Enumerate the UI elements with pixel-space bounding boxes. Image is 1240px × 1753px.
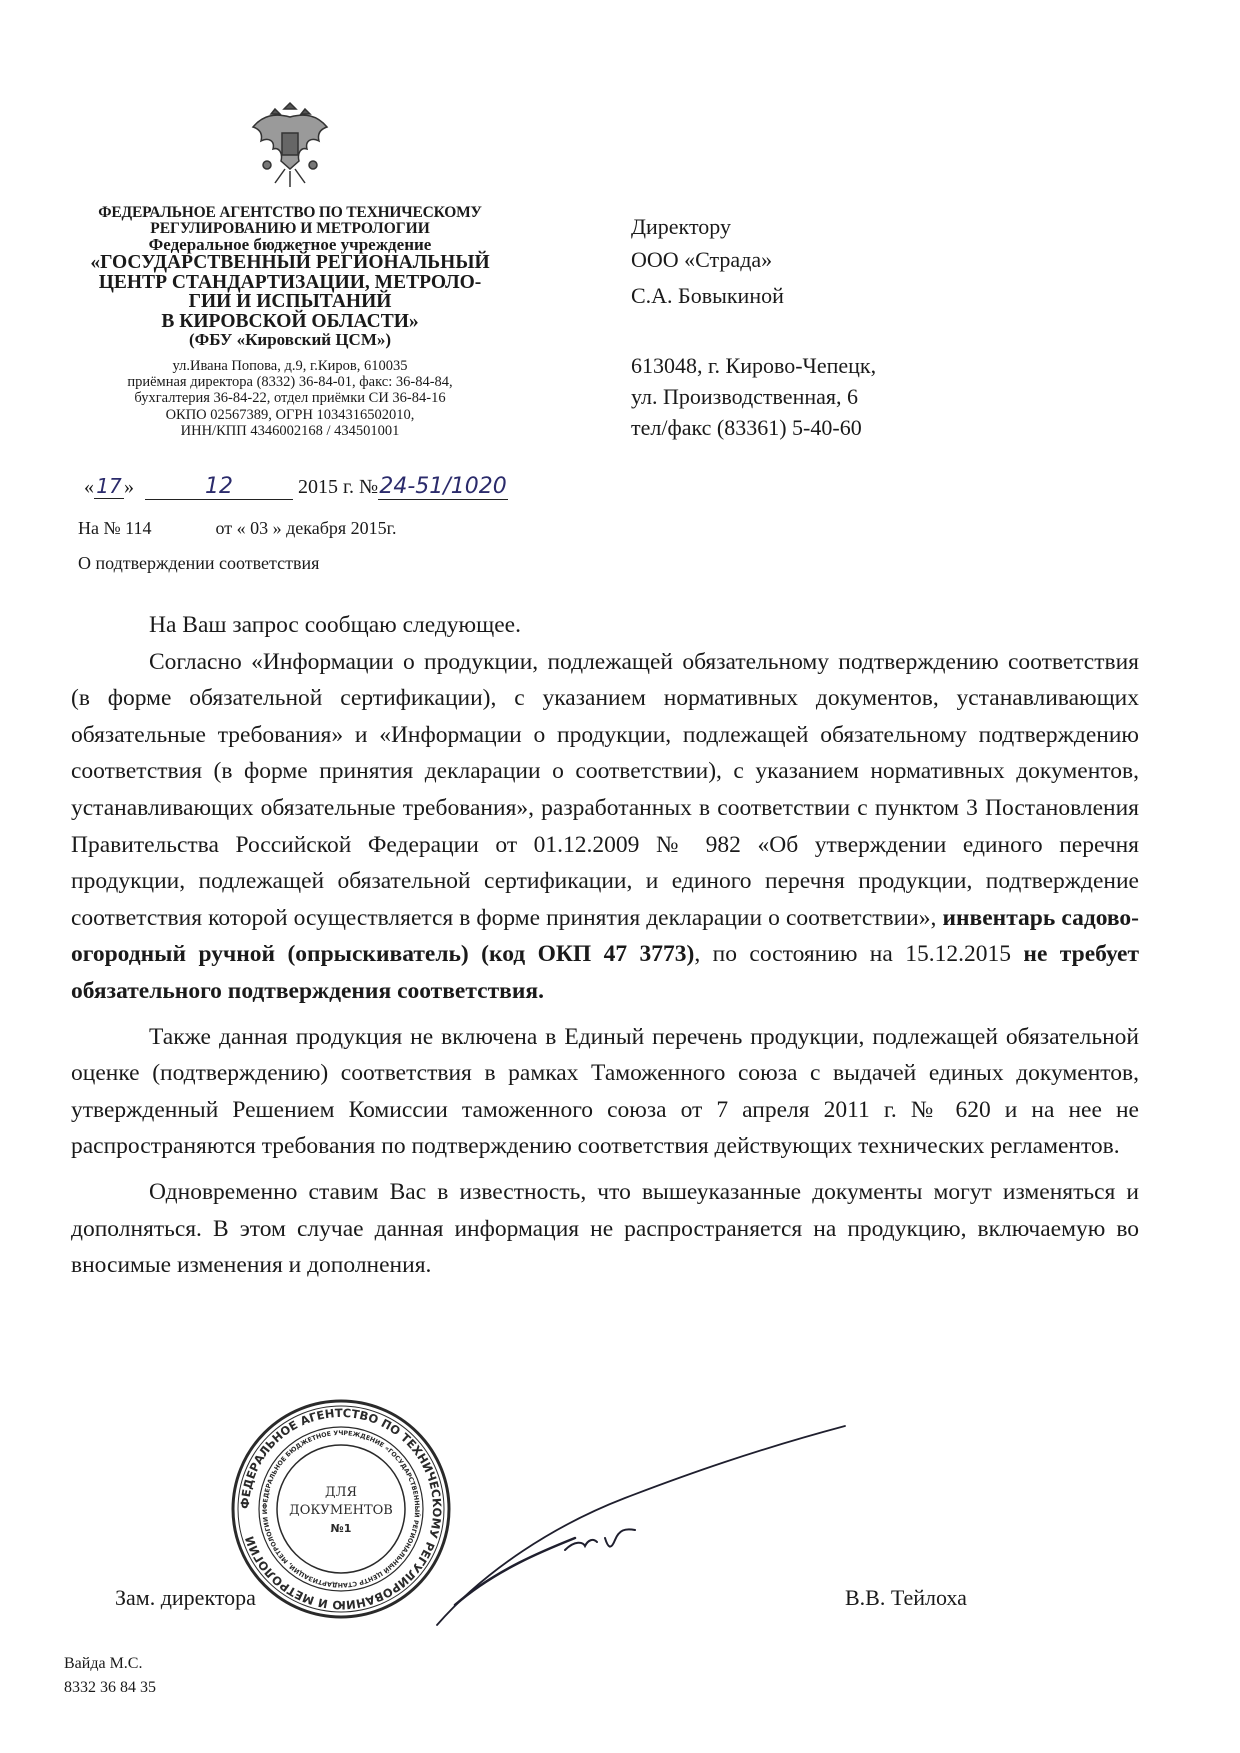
- org-line-short-name: (ФБУ «Кировский ЦСМ»): [70, 331, 510, 348]
- body-paragraph-3: Также данная продукция не включена в Еди…: [71, 1019, 1139, 1165]
- recipient-name: С.А. Бовыкиной: [631, 279, 784, 312]
- body-paragraph-2: Согласно «Информации о продукции, подлеж…: [71, 644, 1139, 1010]
- reply-number: На № 114: [78, 518, 152, 538]
- org-phones-1: приёмная директора (8332) 36-84-01, факс…: [70, 374, 510, 390]
- org-line-agency-2: РЕГУЛИРОВАНИЮ И МЕТРОЛОГИИ: [70, 221, 510, 237]
- stamp-center-line-2: ДОКУМЕНТОВ: [289, 1503, 393, 1518]
- recipient-city: 613048, г. Кирово-Чепецк,: [631, 350, 876, 381]
- org-line-type: Федеральное бюджетное учреждение: [70, 236, 510, 253]
- outgoing-day: 17: [94, 474, 124, 499]
- quote-close: »: [124, 476, 134, 498]
- org-phones-2: бухгалтерия 36-84-22, отдел приёмки СИ 3…: [70, 390, 510, 406]
- recipient-address: 613048, г. Кирово-Чепецк, ул. Производст…: [631, 350, 876, 443]
- reply-reference: На № 114от « 03 » декабря 2015г.: [78, 518, 397, 539]
- executor-name: Вайда М.С.: [64, 1652, 156, 1676]
- body-p2-date: , по состоянию на 15.12.2015: [694, 941, 1023, 967]
- outgoing-date-number: «17» 12 2015 г. №24-51/1020: [84, 474, 508, 500]
- executor-block: Вайда М.С. 8332 36 84 35: [64, 1652, 156, 1700]
- org-tax-ids: ИНН/КПП 4346002168 / 434501001: [70, 423, 510, 439]
- recipient-block: Директору ООО «Страда» С.А. Бовыкиной: [631, 210, 784, 312]
- org-address: ул.Ивана Попова, д.9, г.Киров, 610035: [70, 358, 510, 374]
- outgoing-number: 24-51/1020: [378, 474, 508, 500]
- outgoing-month: 12: [145, 474, 293, 500]
- letter-subject: О подтверждении соответствия: [78, 553, 319, 574]
- recipient-street: ул. Производственная, 6: [631, 381, 876, 412]
- stamp-center-line-1: ДЛЯ: [325, 1485, 357, 1500]
- executor-phone: 8332 36 84 35: [64, 1676, 156, 1700]
- outgoing-year-label: 2015 г. №: [298, 476, 378, 498]
- org-line-agency: ФЕДЕРАЛЬНОЕ АГЕНТСТВО ПО ТЕХНИЧЕСКОМУ: [70, 205, 510, 221]
- organization-contacts: ул.Ивана Попова, д.9, г.Киров, 610035 пр…: [70, 358, 510, 439]
- body-paragraph-1: На Ваш запрос сообщаю следующее.: [71, 607, 1139, 644]
- signer-position: Зам. директора: [115, 1585, 256, 1611]
- signer-name: В.В. Тейлоха: [845, 1585, 967, 1611]
- org-line-name-1: «ГОСУДАРСТВЕННЫЙ РЕГИОНАЛЬНЫЙ: [70, 253, 510, 273]
- org-registration: ОКПО 02567389, ОГРН 1034316502010,: [70, 407, 510, 423]
- official-stamp: ФЕДЕРАЛЬНОЕ АГЕНТСТВО ПО ТЕХНИЧЕСКОМУ РЕ…: [230, 1398, 452, 1620]
- coat-of-arms-emblem: [245, 95, 335, 195]
- recipient-company: ООО «Страда»: [631, 243, 784, 276]
- org-line-name-3: ГИИ И ИСПЫТАНИЙ: [70, 292, 510, 312]
- recipient-position: Директору: [631, 210, 784, 243]
- quote-open: «: [84, 476, 94, 498]
- body-paragraph-4: Одновременно ставим Вас в известность, ч…: [71, 1174, 1139, 1284]
- org-line-name-2: ЦЕНТР СТАНДАРТИЗАЦИИ, МЕТРОЛО-: [70, 273, 510, 293]
- organization-header: ФЕДЕРАЛЬНОЕ АГЕНТСТВО ПО ТЕХНИЧЕСКОМУ РЕ…: [70, 205, 510, 348]
- reply-date: от « 03 » декабря 2015г.: [216, 518, 397, 538]
- org-line-name-4: В КИРОВСКОЙ ОБЛАСТИ»: [70, 312, 510, 332]
- body-p2-text: Согласно «Информации о продукции, подлеж…: [71, 649, 1139, 931]
- stamp-center-line-3: №1: [331, 1522, 352, 1535]
- handwritten-signature: [425, 1420, 865, 1630]
- recipient-phone: тел/факс (83361) 5-40-60: [631, 412, 876, 443]
- letter-body: На Ваш запрос сообщаю следующее. Согласн…: [71, 607, 1139, 1284]
